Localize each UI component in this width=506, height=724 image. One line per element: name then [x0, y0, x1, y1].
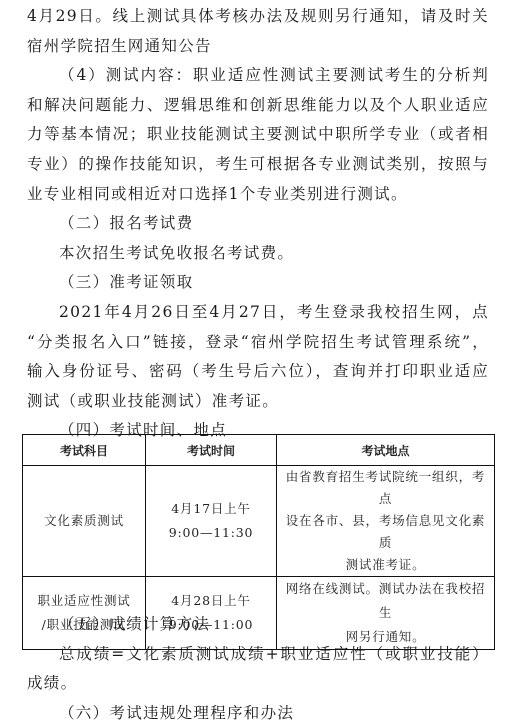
paragraph-line: 宿州学院招生网通知公告	[27, 32, 489, 62]
paragraph-line: 本次招生考试免收报名考试费。	[27, 239, 489, 269]
cell-text: 文化素质测试	[29, 509, 139, 533]
paragraph-line: 和解决问题能力、逻辑思维和创新思维能力以及个人职业适应能	[27, 91, 489, 121]
paragraph-line: 总成绩=文化素质测试成绩+职业适应性（或职业技能）测试	[27, 640, 489, 670]
document-body-bottom: （五）成绩计算方法 总成绩=文化素质测试成绩+职业适应性（或职业技能）测试 成绩…	[27, 610, 489, 724]
paragraph-line: 输入身份证号、密码（考生号后六位），查询并打印职业适应性	[27, 357, 489, 387]
paragraph-line: 专业）的操作技能知识，考生可根据各专业测试类别，按照与毕	[27, 150, 489, 180]
cell-subject: 文化素质测试	[23, 466, 146, 577]
paragraph-line: 业专业相同或相近对口选择1个专业类别进行测试。	[27, 180, 489, 210]
cell-time: 4月17日上午 9:00—11:30	[146, 466, 277, 577]
section-heading-violations: （六）考试违规处理程序和办法	[27, 699, 489, 724]
section-heading-fee: （二）报名考试费	[27, 209, 489, 239]
cell-text: 由省教育招生考试院统一组织，考点	[283, 466, 488, 510]
column-header-time: 考试时间	[146, 435, 277, 466]
cell-text: 设在各市、县，考场信息见文化素质	[283, 510, 488, 554]
section-test-content-line: （4）测试内容：职业适应性测试主要测试考生的分析判断	[27, 61, 489, 91]
paragraph-line: 4月29日。线上测试具体考核办法及规则另行通知，请及时关注	[27, 2, 489, 32]
paragraph-line: 2021年4月26日至4月27日，考生登录我校招生网，点击	[27, 298, 489, 328]
paragraph-line: “分类报名入口”链接，登录“宿州学院招生考试管理系统”，	[27, 328, 489, 358]
section-heading-admission-ticket: （三）准考证领取	[27, 268, 489, 298]
paragraph-line: 成绩。	[27, 669, 489, 699]
table-header-row: 考试科目 考试时间 考试地点	[23, 435, 495, 466]
cell-location: 由省教育招生考试院统一组织，考点 设在各市、县，考场信息见文化素质 测试准考证。	[277, 466, 495, 577]
document-body-top: 4月29日。线上测试具体考核办法及规则另行通知，请及时关注 宿州学院招生网通知公…	[27, 2, 489, 446]
column-header-location: 考试地点	[277, 435, 495, 466]
table-row: 文化素质测试 4月17日上午 9:00—11:30 由省教育招生考试院统一组织，…	[23, 466, 495, 577]
paragraph-line: 测试（或职业技能测试）准考证。	[27, 387, 489, 417]
section-heading-score-calc: （五）成绩计算方法	[27, 610, 489, 640]
paragraph-line: 力等基本情况；职业技能测试主要测试中职所学专业（或者相近	[27, 120, 489, 150]
cell-text: 测试准考证。	[283, 554, 488, 576]
column-header-subject: 考试科目	[23, 435, 146, 466]
cell-text: 4月17日上午	[152, 497, 270, 521]
cell-text: 9:00—11:30	[152, 521, 270, 545]
